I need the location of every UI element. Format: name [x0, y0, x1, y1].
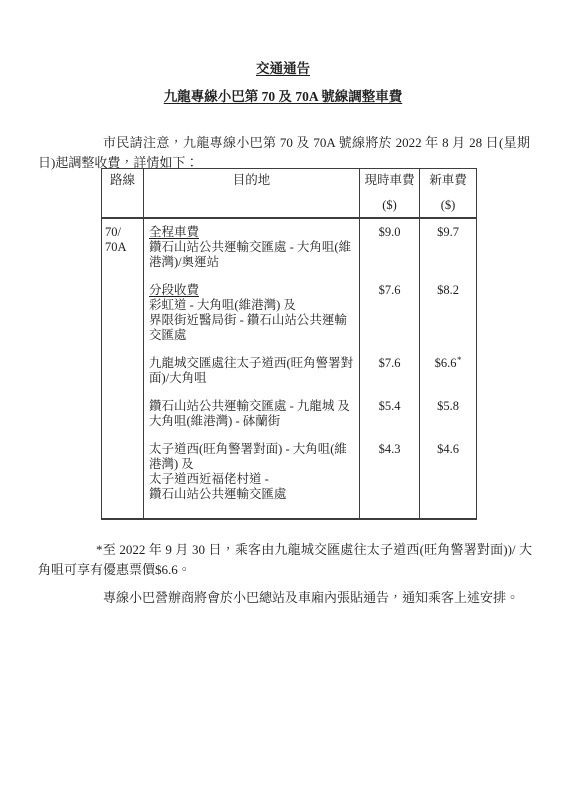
- route-number-line: 70A: [105, 240, 139, 255]
- currency-unit: ($): [422, 198, 474, 213]
- fare-row: 太子道西(旺角警署對面) - 大角咀(維港灣) 及 太子道西近福佬村道 - 鑽石…: [102, 442, 477, 519]
- footnote-paragraph: *至 2022 年 9 月 30 日，乘客由九龍城交匯處往太子道西(旺角警署對面…: [38, 540, 532, 580]
- destination-line: 太子道西(旺角警署對面) - 大角咀(維港灣) 及: [149, 442, 355, 472]
- document-page: 交通通告 九龍專線小巴第 70 及 70A 號線調整車費 市民請注意，九龍專線小…: [0, 0, 566, 800]
- destination-line: 九龍城交匯處往太子道西(旺角警署對面)/大角咀: [149, 356, 355, 386]
- route-column-header: 路線: [102, 169, 144, 219]
- closing-paragraph: 專線小巴營辦商將會於小巴總站及車廂內張貼通告，通知乘客上述安排。: [38, 588, 532, 608]
- new-fare-cell: $5.8: [420, 399, 477, 442]
- new-fare-cell: $6.6*: [420, 356, 477, 399]
- destination-cell: 全程車費 鑽石山站公共運輸交匯處 - 大角咀(維港灣)/奧運站: [144, 218, 360, 283]
- document-subtitle: 九龍專線小巴第 70 及 70A 號線調整車費: [0, 89, 566, 104]
- fare-row: 鑽石山站公共運輸交匯處 - 九龍城 及 大角咀(維港灣) - 砵蘭街 $5.4 …: [102, 399, 477, 442]
- new-fare-cell: $4.6: [420, 442, 477, 519]
- fare-section-heading: 全程車費: [149, 225, 355, 240]
- new-fare-cell: $9.7: [420, 218, 477, 283]
- route-number-line: 70/: [105, 225, 139, 240]
- fare-section-heading: 分段收費: [149, 283, 355, 298]
- fare-row: 分段收費 彩虹道 - 大角咀(維港灣) 及 界限街近醫局街 - 鑽石山站公共運輸…: [102, 283, 477, 356]
- route-cell: 70/ 70A: [102, 218, 144, 519]
- destination-cell: 鑽石山站公共運輸交匯處 - 九龍城 及 大角咀(維港灣) - 砵蘭街: [144, 399, 360, 442]
- current-fare-cell: $7.6: [360, 356, 420, 399]
- new-fare-column-header: 新車費 ($): [420, 169, 477, 219]
- destination-line: 鑽石山站公共運輸交匯處 - 九龍城 及: [149, 399, 355, 414]
- destination-column-header: 目的地: [144, 169, 360, 219]
- destination-line: 彩虹道 - 大角咀(維港灣) 及: [149, 298, 355, 313]
- current-fare-cell: $7.6: [360, 283, 420, 356]
- fare-row: 70/ 70A 全程車費 鑽石山站公共運輸交匯處 - 大角咀(維港灣)/奧運站 …: [102, 218, 477, 283]
- destination-line: 鑽石山站公共運輸交匯處 - 大角咀(維港灣)/奧運站: [149, 240, 355, 270]
- current-fare-cell: $5.4: [360, 399, 420, 442]
- destination-line: 界限街近醫局街 - 鑽石山站公共運輸交匯處: [149, 313, 355, 343]
- fare-row: 九龍城交匯處往太子道西(旺角警署對面)/大角咀 $7.6 $6.6*: [102, 356, 477, 399]
- destination-line: 鑽石山站公共運輸交匯處: [149, 487, 355, 502]
- document-title: 交通通告: [0, 61, 566, 76]
- fare-table-container: 路線 目的地 現時車費 ($) 新車費 ($): [101, 168, 477, 520]
- current-fare-cell: $4.3: [360, 442, 420, 519]
- intro-paragraph: 市民請注意，九龍專線小巴第 70 及 70A 號線將於 2022 年 8 月 2…: [38, 133, 530, 173]
- current-fare-column-header: 現時車費 ($): [360, 169, 420, 219]
- destination-cell: 太子道西(旺角警署對面) - 大角咀(維港灣) 及 太子道西近福佬村道 - 鑽石…: [144, 442, 360, 519]
- currency-unit: ($): [362, 198, 417, 213]
- fare-note-asterisk: *: [457, 355, 462, 365]
- fare-table: 路線 目的地 現時車費 ($) 新車費 ($): [101, 168, 477, 520]
- destination-line: 太子道西近福佬村道 -: [149, 472, 355, 487]
- destination-cell: 九龍城交匯處往太子道西(旺角警署對面)/大角咀: [144, 356, 360, 399]
- destination-cell: 分段收費 彩虹道 - 大角咀(維港灣) 及 界限街近醫局街 - 鑽石山站公共運輸…: [144, 283, 360, 356]
- destination-line: 大角咀(維港灣) - 砵蘭街: [149, 414, 355, 429]
- header-row: 路線 目的地 現時車費 ($) 新車費 ($): [102, 169, 477, 219]
- new-fare-cell: $8.2: [420, 283, 477, 356]
- current-fare-cell: $9.0: [360, 218, 420, 283]
